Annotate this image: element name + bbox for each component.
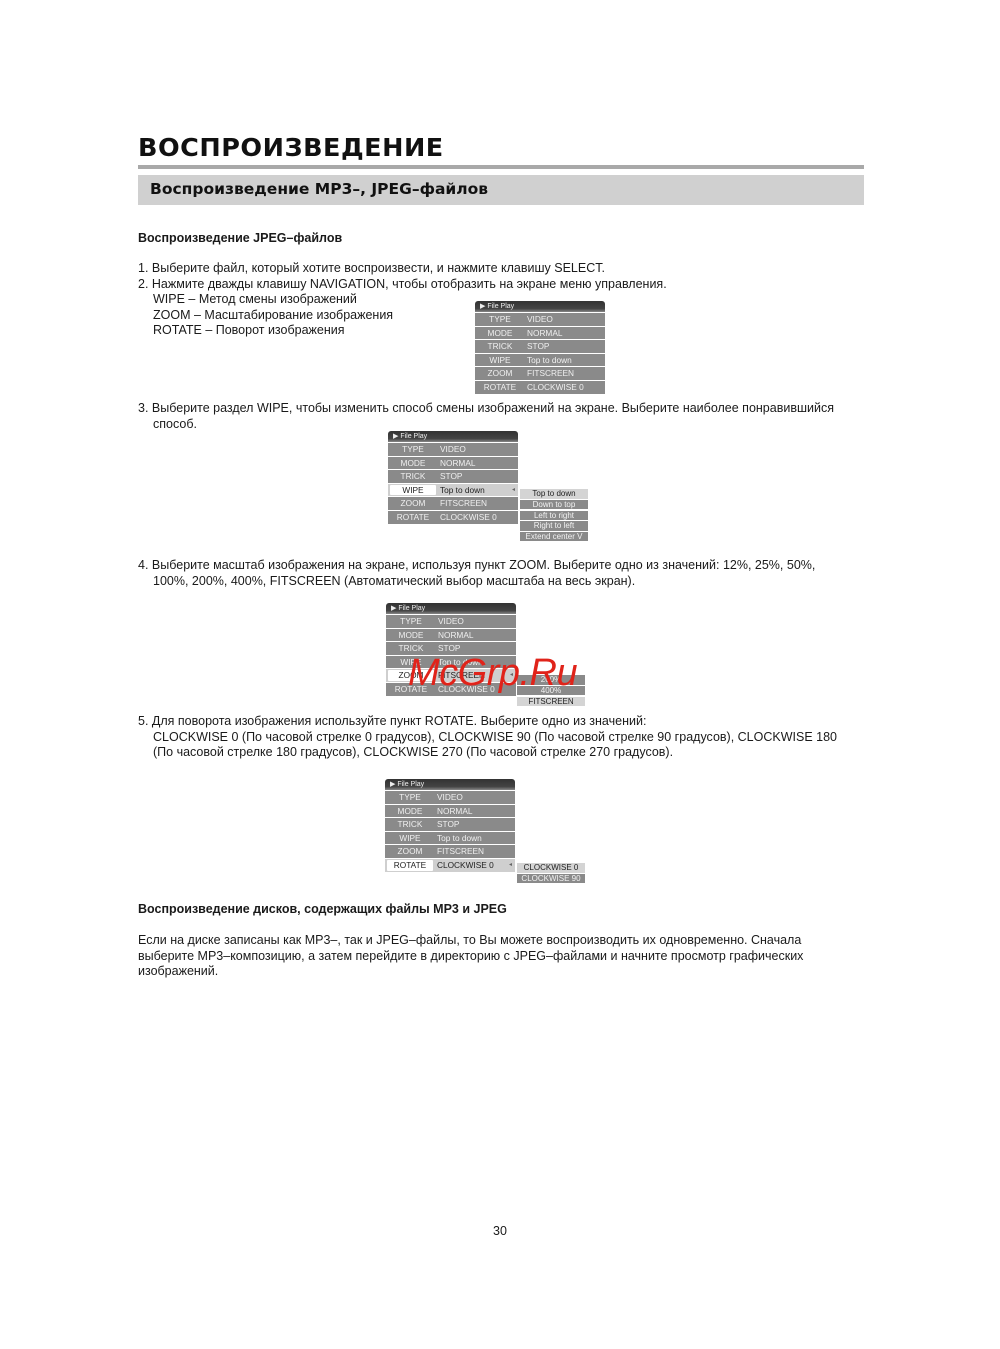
row-value: FITSCREEN	[437, 845, 484, 858]
menu-row-trick[interactable]: TRICKSTOP	[388, 470, 518, 483]
step-5-line: 5. Для поворота изображения используйте …	[138, 714, 868, 730]
menu-row-type[interactable]: TYPEVIDEO	[388, 443, 518, 456]
zoom-option[interactable]: FITSCREEN	[517, 697, 585, 707]
arrow-left-icon: ◂	[509, 859, 512, 872]
menu-row-mode[interactable]: MODENORMAL	[386, 629, 516, 642]
row-key: ZOOM	[385, 845, 435, 858]
wipe-option[interactable]: Extend center V	[520, 532, 588, 542]
row-key: WIPE	[475, 354, 525, 367]
row-key: ROTATE	[388, 511, 438, 524]
step-4: 4. Выберите масштаб изображения на экран…	[138, 558, 868, 589]
wipe-option[interactable]: Top to down	[520, 489, 588, 499]
rotate-option[interactable]: CLOCKWISE 0	[517, 863, 585, 873]
watermark: McGrp.Ru	[408, 652, 577, 695]
row-value: CLOCKWISE 0	[437, 859, 494, 872]
row-value: Top to down	[440, 484, 485, 497]
title-rule	[138, 165, 864, 169]
row-value: NORMAL	[527, 327, 563, 340]
wipe-dropdown: Top to down Down to top Left to right Ri…	[520, 488, 588, 541]
row-key: TRICK	[388, 470, 438, 483]
step-5: 5. Для поворота изображения используйте …	[138, 714, 868, 761]
row-key: TRICK	[475, 340, 525, 353]
row-value: NORMAL	[437, 805, 473, 818]
row-value: CLOCKWISE 0	[527, 381, 584, 394]
row-value: FITSCREEN	[440, 497, 487, 510]
file-play-menu-rotate: ▶ File Play TYPEVIDEO MODENORMAL TRICKST…	[385, 779, 515, 872]
menu-title: ▶ File Play	[388, 431, 518, 442]
step-5-line: CLOCKWISE 0 (По часовой стрелке 0 градус…	[138, 730, 868, 746]
menu-row-wipe[interactable]: WIPETop to down	[475, 354, 605, 367]
wipe-option[interactable]: Left to right	[520, 511, 588, 521]
file-play-menu-wipe: ▶ File Play TYPEVIDEO MODENORMAL TRICKST…	[388, 431, 518, 524]
rotate-option[interactable]: CLOCKWISE 90	[517, 874, 585, 884]
menu-title: ▶ File Play	[475, 301, 605, 312]
menu-row-trick[interactable]: TRICKSTOP	[475, 340, 605, 353]
row-value: FITSCREEN	[527, 367, 574, 380]
menu-row-zoom[interactable]: ZOOMFITSCREEN	[475, 367, 605, 380]
row-key: TYPE	[475, 313, 525, 326]
rotate-dropdown: CLOCKWISE 0 CLOCKWISE 90	[517, 862, 585, 883]
step-3: 3. Выберите раздел WIPE, чтобы изменить …	[138, 401, 868, 432]
row-key: TYPE	[385, 791, 435, 804]
menu-row-type[interactable]: TYPEVIDEO	[386, 615, 516, 628]
section-band: Воспроизведение MP3–, JPEG–файлов	[138, 175, 864, 205]
row-key: TRICK	[385, 818, 435, 831]
menu-row-rotate[interactable]: ROTATECLOCKWISE 0◂	[385, 859, 515, 872]
row-value: VIDEO	[440, 443, 466, 456]
step-4-line: 4. Выберите масштаб изображения на экран…	[138, 558, 868, 574]
step-2: 2. Нажмите дважды клавишу NAVIGATION, чт…	[138, 277, 868, 293]
file-play-menu: ▶ File Play TYPEVIDEO MODENORMAL TRICKST…	[475, 301, 605, 394]
row-value: STOP	[437, 818, 459, 831]
step-4-line: 100%, 200%, 400%, FITSCREEN (Автоматичес…	[138, 574, 868, 590]
row-value: STOP	[440, 470, 462, 483]
row-value: VIDEO	[527, 313, 553, 326]
menu-row-mode[interactable]: MODENORMAL	[385, 805, 515, 818]
mixed-paragraph: Если на диске записаны как MP3–, так и J…	[138, 933, 868, 980]
mixed-line: Если на диске записаны как MP3–, так и J…	[138, 933, 868, 949]
row-value: NORMAL	[440, 457, 476, 470]
mixed-line: изображений.	[138, 964, 868, 980]
page-title: ВОСПРОИЗВЕДЕНИЕ	[138, 133, 444, 162]
arrow-left-icon: ◂	[512, 484, 515, 497]
jpeg-heading: Воспроизведение JPEG–файлов	[138, 231, 342, 245]
step-3-line: 3. Выберите раздел WIPE, чтобы изменить …	[138, 401, 868, 417]
menu-row-zoom[interactable]: ZOOMFITSCREEN	[385, 845, 515, 858]
wipe-option[interactable]: Right to left	[520, 521, 588, 531]
page-number: 30	[0, 1224, 1000, 1238]
row-key: MODE	[388, 457, 438, 470]
row-key: WIPE	[385, 832, 435, 845]
row-value: VIDEO	[438, 615, 464, 628]
menu-row-wipe[interactable]: WIPETop to down◂	[388, 484, 518, 497]
row-key: ZOOM	[388, 497, 438, 510]
row-key: TYPE	[386, 615, 436, 628]
row-value: NORMAL	[438, 629, 474, 642]
wipe-option[interactable]: Down to top	[520, 500, 588, 510]
row-key: MODE	[475, 327, 525, 340]
row-key: ZOOM	[475, 367, 525, 380]
row-value: Top to down	[527, 354, 572, 367]
menu-row-trick[interactable]: TRICKSTOP	[385, 818, 515, 831]
menu-row-type[interactable]: TYPEVIDEO	[475, 313, 605, 326]
section-title: Воспроизведение MP3–, JPEG–файлов	[150, 180, 488, 198]
menu-row-type[interactable]: TYPEVIDEO	[385, 791, 515, 804]
row-key: MODE	[385, 805, 435, 818]
mixed-line: выберите MP3–композицию, а затем перейди…	[138, 949, 868, 965]
row-key: MODE	[386, 629, 436, 642]
menu-row-rotate[interactable]: ROTATECLOCKWISE 0	[475, 381, 605, 394]
menu-row-rotate[interactable]: ROTATECLOCKWISE 0	[388, 511, 518, 524]
row-key: ROTATE	[475, 381, 525, 394]
row-value: STOP	[527, 340, 549, 353]
menu-row-wipe[interactable]: WIPETop to down	[385, 832, 515, 845]
menu-row-mode[interactable]: MODENORMAL	[475, 327, 605, 340]
row-key: TYPE	[388, 443, 438, 456]
row-key: WIPE	[390, 485, 436, 496]
row-value: CLOCKWISE 0	[440, 511, 497, 524]
step-5-line: (По часовой стрелке 180 градусов), CLOCK…	[138, 745, 868, 761]
menu-row-mode[interactable]: MODENORMAL	[388, 457, 518, 470]
row-value: VIDEO	[437, 791, 463, 804]
row-value: Top to down	[437, 832, 482, 845]
step-3-line: способ.	[138, 417, 868, 433]
menu-title: ▶ File Play	[385, 779, 515, 790]
mixed-heading: Воспроизведение дисков, содержащих файлы…	[138, 902, 507, 916]
menu-row-zoom[interactable]: ZOOMFITSCREEN	[388, 497, 518, 510]
step-1: 1. Выберите файл, который хотите воспрои…	[138, 261, 868, 277]
row-key: ROTATE	[387, 860, 433, 871]
menu-title: ▶ File Play	[386, 603, 516, 614]
